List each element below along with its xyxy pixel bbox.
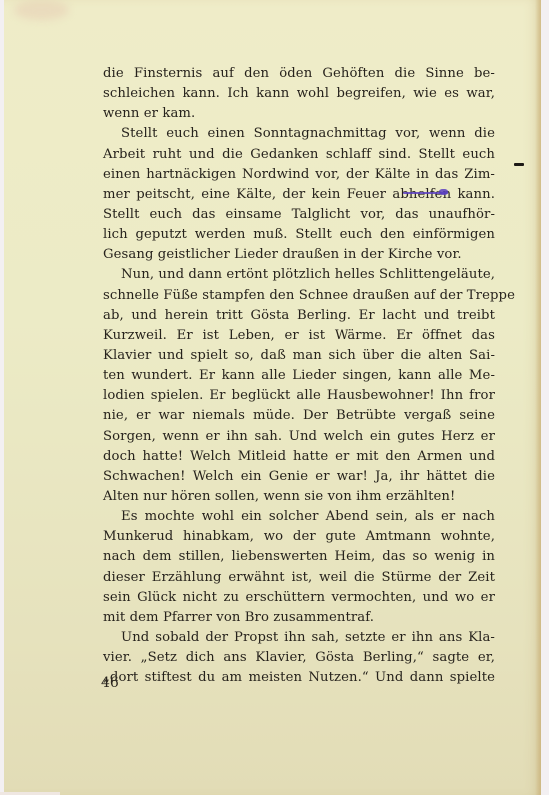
text-line: Kurzweil. Er ist Leben, er ist Wärme. Er… <box>103 326 495 346</box>
text-line: ten wundert. Er kann alle Lieder singen,… <box>103 366 495 386</box>
text-line: nie, er war niemals müde. Der Betrübte v… <box>103 406 495 426</box>
text-line: lodien spielen. Er beglückt alle Hausbew… <box>103 386 495 406</box>
text-line: Klavier und spielt so, daß man sich über… <box>103 346 495 366</box>
text-line: Stellt euch das einsame Talglicht vor, d… <box>103 205 495 225</box>
text-line: lich geputzt werden muß. Stellt euch den… <box>103 225 495 245</box>
text-line: ab, und herein tritt Gösta Berling. Er l… <box>103 306 495 326</box>
body-text: die Finsternis auf den öden Gehöften die… <box>103 64 495 688</box>
text-line: schnelle Füße stampfen den Schnee drauße… <box>103 286 495 306</box>
paragraph-start-line: Es mochte wohl ein solcher Abend sein, a… <box>103 507 495 527</box>
text-line: Gesang geistlicher Lieder draußen in der… <box>103 245 495 265</box>
text-line: wenn er kam. <box>103 104 495 124</box>
text-line: „dort stiftest du am meisten Nutzen.“ Un… <box>103 668 495 688</box>
paper-stain <box>14 0 69 20</box>
paragraph-start-line: Stellt euch einen Sonntagnachmittag vor,… <box>103 124 495 144</box>
margin-dash-mark <box>514 163 524 166</box>
text-line: die Finsternis auf den öden Gehöften die… <box>103 64 495 84</box>
paragraph-start-line: Nun, und dann ertönt plötzlich helles Sc… <box>103 265 495 285</box>
text-line: mit dem Pfarrer von Bro zusammentraf. <box>103 608 495 628</box>
paragraph-start-line: Und sobald der Propst ihn sah, setzte er… <box>103 628 495 648</box>
text-line: Munkerud hinabkam, wo der gute Amtmann w… <box>103 527 495 547</box>
text-line: doch hatte! Welch Mitleid hatte er mit d… <box>103 447 495 467</box>
text-line: Arbeit ruht und die Gedanken schlaff sin… <box>103 145 495 165</box>
text-line: Alten nur hören sollen, wenn sie von ihm… <box>103 487 495 507</box>
text-line: nach dem stillen, liebenswerten Heim, da… <box>103 547 495 567</box>
text-line: schleichen kann. Ich kann wohl begreifen… <box>103 84 495 104</box>
text-line: dieser Erzählung erwähnt ist, weil die S… <box>103 568 495 588</box>
text-line: sein Glück nicht zu erschüttern vermocht… <box>103 588 495 608</box>
book-page: die Finsternis auf den öden Gehöften die… <box>4 0 541 795</box>
text-line: Sorgen, wenn er ihn sah. Und welch ein g… <box>103 427 495 447</box>
text-line: einen hartnäckigen Nordwind vor, der Käl… <box>103 165 495 185</box>
page-number: 46 <box>101 675 119 691</box>
text-line: mer peitscht, eine Kälte, der kein Feuer… <box>103 185 495 205</box>
ink-blot-annotation <box>439 189 448 195</box>
text-line: vier. „Setz dich ans Klavier, Gösta Berl… <box>103 648 495 668</box>
text-line: Schwachen! Welch ein Genie er war! Ja, i… <box>103 467 495 487</box>
